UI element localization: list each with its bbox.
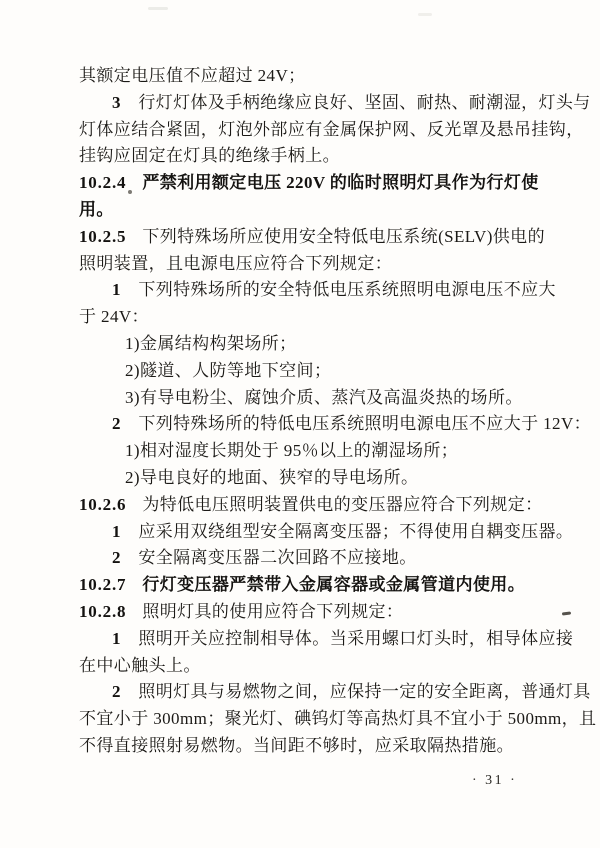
- line-text: 下列特殊场所的特低电压系统照明电源电压不应大于 12V：: [138, 414, 591, 433]
- text-line: 3行灯灯体及手柄绝缘应良好、坚固、耐热、耐潮湿，灯头与: [79, 90, 539, 117]
- text-line: 2)导电良好的地面、狭窄的导电场所。: [79, 465, 539, 492]
- line-text: 不得直接照射易燃物。当间距不够时，应采取隔热措施。: [79, 736, 514, 755]
- item-number: 3: [112, 90, 121, 117]
- text-line: 照明装置，且电源电压应符合下列规定：: [79, 251, 539, 278]
- text-line: 1照明开关应控制相导体。当采用螺口灯头时，相导体应接: [79, 626, 539, 653]
- text-line: 10.2.8照明灯具的使用应符合下列规定：: [79, 599, 539, 626]
- line-text: 挂钩应固定在灯具的绝缘手柄上。: [79, 146, 340, 165]
- text-line: 1下列特殊场所的安全特低电压系统照明电源电压不应大: [79, 277, 539, 304]
- text-line: 10.2.6为特低电压照明装置供电的变压器应符合下列规定：: [79, 492, 539, 519]
- line-text: 在中心触头上。: [79, 656, 201, 675]
- text-line: 在中心触头上。: [79, 653, 539, 680]
- text-line: 其额定电压值不应超过 24V；: [79, 63, 539, 90]
- scan-speck: [418, 13, 432, 16]
- item-number: 2: [112, 545, 121, 572]
- line-text: 灯体应结合紧固，灯泡外部应有金属保护网、反光罩及悬吊挂钩，: [79, 120, 584, 139]
- text-line: 于 24V：: [79, 304, 539, 331]
- scan-speck: [128, 190, 132, 194]
- text-line: 不宜小于 300mm；聚光灯、碘钨灯等高热灯具不宜小于 500mm，且: [79, 706, 539, 733]
- item-number: 2: [112, 679, 121, 706]
- item-number: 2: [112, 411, 121, 438]
- text-line: 3)有导电粉尘、腐蚀介质、蒸汽及高温炎热的场所。: [79, 385, 539, 412]
- text-line: 10.2.7行灯变压器严禁带入金属容器或金属管道内使用。: [79, 572, 539, 599]
- text-line: 用。: [79, 197, 539, 224]
- item-number: 1: [112, 519, 121, 546]
- text-line: 1)金属结构构架场所；: [79, 331, 539, 358]
- line-text: 照明灯具的使用应符合下列规定：: [142, 602, 403, 621]
- text-line: 2照明灯具与易燃物之间，应保持一定的安全距离，普通灯具: [79, 679, 539, 706]
- line-text: 照明装置，且电源电压应符合下列规定：: [79, 254, 392, 273]
- scanned-document-page: 其额定电压值不应超过 24V；3行灯灯体及手柄绝缘应良好、坚固、耐热、耐潮湿，灯…: [0, 0, 600, 848]
- text-line: 10.2.4严禁利用额定电压 220V 的临时照明灯具作为行灯使: [79, 170, 539, 197]
- line-text: 下列特殊场所的安全特低电压系统照明电源电压不应大: [138, 280, 556, 299]
- line-text: 其额定电压值不应超过 24V；: [79, 66, 306, 85]
- line-text: 1)金属结构构架场所；: [125, 334, 297, 353]
- text-line: 1应采用双绕组型安全隔离变压器；不得使用自耦变压器。: [79, 519, 539, 546]
- item-number: 1: [112, 626, 121, 653]
- line-text: 下列特殊场所应使用安全特低电压系统(SELV)供电的: [142, 227, 545, 246]
- text-line: 不得直接照射易燃物。当间距不够时，应采取隔热措施。: [79, 733, 539, 760]
- line-text: 2)导电良好的地面、狭窄的导电场所。: [125, 468, 418, 487]
- line-text: 行灯变压器严禁带入金属容器或金属管道内使用。: [142, 575, 525, 594]
- line-text: 2)隧道、人防等地下空间；: [125, 361, 331, 380]
- line-text: 1)相对湿度长期处于 95％以上的潮湿场所；: [125, 441, 458, 460]
- line-text: 安全隔离变压器二次回路不应接地。: [138, 548, 416, 567]
- document-lines: 其额定电压值不应超过 24V；3行灯灯体及手柄绝缘应良好、坚固、耐热、耐潮湿，灯…: [79, 63, 539, 760]
- text-line: 灯体应结合紧固，灯泡外部应有金属保护网、反光罩及悬吊挂钩，: [79, 117, 539, 144]
- line-text: 照明灯具与易燃物之间，应保持一定的安全距离，普通灯具: [138, 682, 590, 701]
- text-line: 1)相对湿度长期处于 95％以上的潮湿场所；: [79, 438, 539, 465]
- clause-number: 10.2.7: [79, 572, 126, 599]
- text-line: 2下列特殊场所的特低电压系统照明电源电压不应大于 12V：: [79, 411, 539, 438]
- text-line: 2安全隔离变压器二次回路不应接地。: [79, 545, 539, 572]
- line-text: 严禁利用额定电压 220V 的临时照明灯具作为行灯使: [142, 173, 538, 192]
- item-number: 1: [112, 277, 121, 304]
- clause-number: 10.2.6: [79, 492, 126, 519]
- line-text: 3)有导电粉尘、腐蚀介质、蒸汽及高温炎热的场所。: [125, 388, 523, 407]
- line-text: 于 24V：: [79, 307, 149, 326]
- text-line: 2)隧道、人防等地下空间；: [79, 358, 539, 385]
- line-text: 用。: [79, 200, 114, 219]
- clause-number: 10.2.5: [79, 224, 126, 251]
- line-text: 照明开关应控制相导体。当采用螺口灯头时，相导体应接: [138, 629, 573, 648]
- clause-number: 10.2.8: [79, 599, 126, 626]
- scan-speck: [148, 7, 168, 10]
- page-number: · 31 ·: [472, 773, 517, 789]
- text-line: 挂钩应固定在灯具的绝缘手柄上。: [79, 143, 539, 170]
- line-text: 不宜小于 300mm；聚光灯、碘钨灯等高热灯具不宜小于 500mm，且: [79, 709, 596, 728]
- line-text: 应采用双绕组型安全隔离变压器；不得使用自耦变压器。: [138, 522, 573, 541]
- scan-speck: [562, 611, 571, 615]
- clause-number: 10.2.4: [79, 170, 126, 197]
- line-text: 行灯灯体及手柄绝缘应良好、坚固、耐热、耐潮湿，灯头与: [138, 93, 590, 112]
- text-line: 10.2.5下列特殊场所应使用安全特低电压系统(SELV)供电的: [79, 224, 539, 251]
- line-text: 为特低电压照明装置供电的变压器应符合下列规定：: [142, 495, 542, 514]
